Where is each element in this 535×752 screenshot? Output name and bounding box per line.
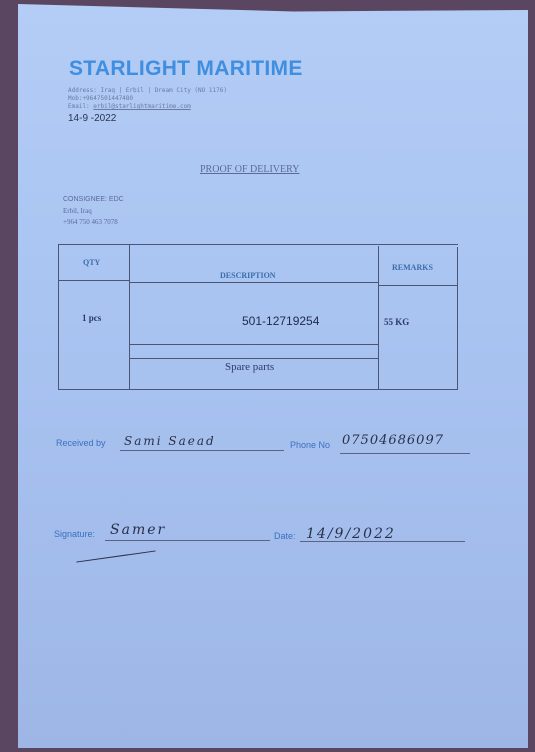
date-value[interactable]: 14/9/2022 xyxy=(306,526,396,542)
consignee-name: CONSIGNEE: EDC xyxy=(63,196,124,203)
delivery-table: QTY DESCRIPTION REMARKS 1 pcs 501-127192… xyxy=(58,244,458,390)
signature-label: Signature: xyxy=(54,529,95,539)
company-address: Address: Iraq | Erbil | Dream City (NO 1… xyxy=(68,87,227,95)
header-remarks: REMARKS xyxy=(392,263,433,272)
cell-qty: 1 pcs xyxy=(82,313,101,323)
company-mobile: Mob:+9647501447480 xyxy=(68,95,133,103)
consignee-phone: +964 750 463 7078 xyxy=(63,218,118,226)
phone-value[interactable]: 07504686097 xyxy=(342,433,444,448)
received-by-label: Received by xyxy=(56,438,106,448)
header-description: DESCRIPTION xyxy=(220,271,276,280)
cell-remarks: 55 KG xyxy=(384,317,409,327)
consignee-city: Erbil, Iraq xyxy=(63,207,92,215)
document-date: 14-9 -2022 xyxy=(68,113,116,124)
email-label: Email: xyxy=(68,103,93,110)
received-by-value[interactable]: Sami Saead xyxy=(124,434,216,448)
cell-description-note: Spare parts xyxy=(225,361,274,373)
company-name: STARLIGHT MARITIME xyxy=(69,57,303,81)
cell-description: 501-12719254 xyxy=(242,314,319,328)
company-email-line: Email: erbil@starlightmaritime.com xyxy=(68,103,191,111)
header-qty: QTY xyxy=(83,258,100,267)
signature-value[interactable]: Samer xyxy=(110,522,166,538)
company-email[interactable]: erbil@starlightmaritime.com xyxy=(93,103,191,110)
date-label: Date: xyxy=(274,531,296,541)
document-title: PROOF OF DELIVERY xyxy=(200,164,299,175)
phone-label: Phone No xyxy=(290,440,330,450)
